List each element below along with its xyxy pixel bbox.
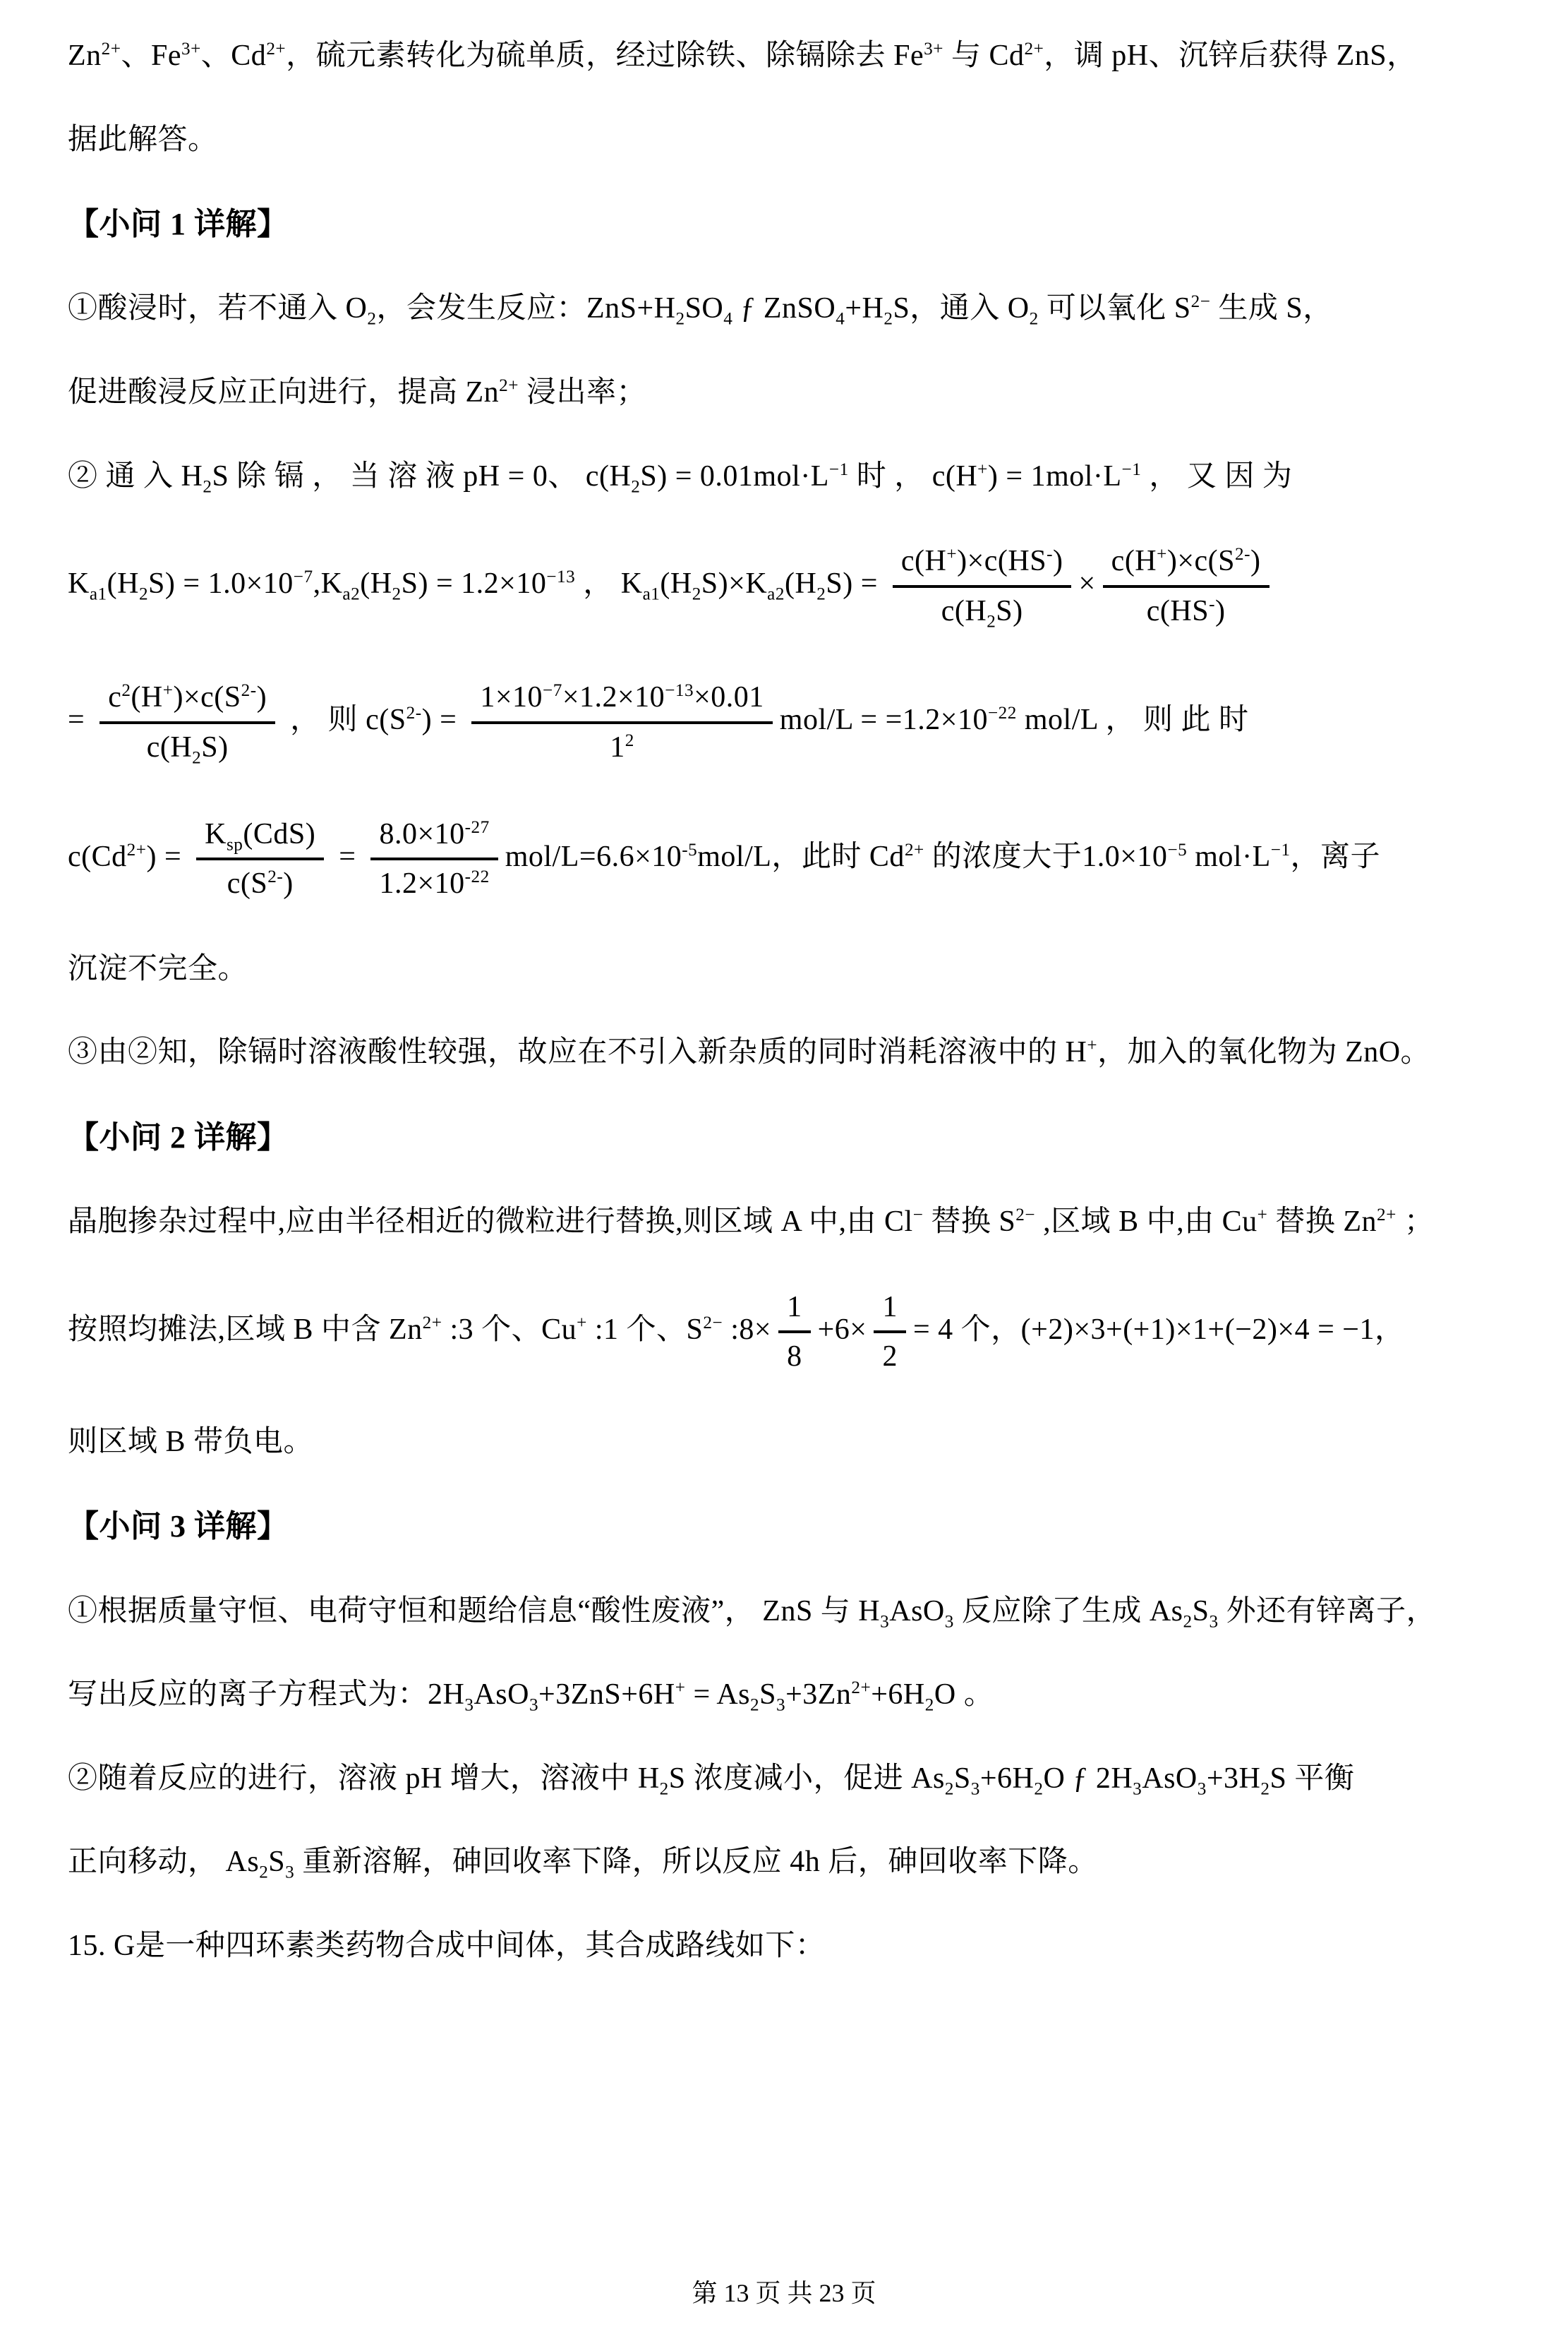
page-footer: 第 13 页 共 23 页 bbox=[0, 2273, 1568, 2309]
sq1-point2-conclusion: 沉淀不完全。 bbox=[68, 950, 1506, 989]
fraction: Ksp(CdS)c(S2-) bbox=[196, 814, 324, 905]
answer-context-line-2: 据此解答。 bbox=[68, 121, 1506, 160]
sq1-point2-line1: ② 通 入 H2S 除 镉 ， 当 溶 液 pH = 0、 c(H2S) = 0… bbox=[68, 457, 1506, 496]
fraction: c(H+)×c(S2-)c(HS-) bbox=[1103, 541, 1270, 632]
sq2-conclusion-line: 则区域 B 带负电。 bbox=[68, 1423, 1506, 1462]
sq1-point1-line2: 促进酸浸反应正向进行，提高 Zn2+ 浸出率； bbox=[68, 373, 1506, 412]
subquestion-1-header: 【小问 1 详解】 bbox=[68, 204, 1506, 244]
question-15-intro: 15. G是一种四环素类药物合成中间体，其合成路线如下： bbox=[68, 1927, 1506, 1966]
sq3-ionic-equation-line: 写出反应的离子方程式为：2H3AsO3+3ZnS+6H+ = As2S3+3Zn… bbox=[68, 1676, 1506, 1714]
sq1-point1-line1: ①酸浸时，若不通入 O2，会发生反应：ZnS+H2SO4 ƒ ZnSO4+H2S… bbox=[68, 289, 1506, 328]
fraction: 8.0×10-271.2×10-22 bbox=[370, 814, 497, 905]
sq3-point2-line2: 正向移动， As2S3 重新溶解，砷回收率下降，所以反应 4h 后，砷回收率下降… bbox=[68, 1843, 1506, 1882]
fraction: 1×10−7×1.2×10−13×0.0112 bbox=[471, 677, 772, 768]
subquestion-3-header: 【小问 3 详解】 bbox=[68, 1506, 1506, 1546]
fraction: c(H+)×c(HS-)c(H2S) bbox=[893, 541, 1072, 632]
fraction: c2(H+)×c(S2-)c(H2S) bbox=[99, 677, 275, 768]
sq1-point3-line: ③由②知，除镉时溶液酸性较强，故应在不引入新杂质的同时消耗溶液中的 H+，加入的… bbox=[68, 1033, 1506, 1072]
sq2-counting-line: 按照均摊法,区域 B 中含 Zn2+ :3 个、Cu+ :1 个、S2− :8×… bbox=[68, 1287, 1506, 1378]
subquestion-2-header: 【小问 2 详解】 bbox=[68, 1117, 1506, 1157]
sq1-ka-equation-line: Ka1(H2S) = 1.0×10−7,Ka2(H2S) = 1.2×10−13… bbox=[68, 541, 1506, 632]
sq1-cadmium-concentration-line: c(Cd2+) = Ksp(CdS)c(S2-) = 8.0×10-271.2×… bbox=[68, 814, 1506, 905]
sq1-sulfide-concentration-line: = c2(H+)×c(S2-)c(H2S) ， 则 c(S2-) = 1×10−… bbox=[68, 677, 1506, 768]
answer-context-line-1: Zn2+、Fe3+、Cd2+，硫元素转化为硫单质，经过除铁、除镉除去 Fe3+ … bbox=[68, 37, 1506, 76]
sq2-substitution-line: 晶胞掺杂过程中,应由半径相近的微粒进行替换,则区域 A 中,由 Cl− 替换 S… bbox=[68, 1203, 1506, 1241]
document-page: Zn2+、Fe3+、Cd2+，硫元素转化为硫单质，经过除铁、除镉除去 Fe3+ … bbox=[0, 0, 1568, 2346]
fraction: 18 bbox=[778, 1287, 811, 1378]
sq3-point2-line1: ②随着反应的进行，溶液 pH 增大，溶液中 H2S 浓度减小，促进 As2S3+… bbox=[68, 1759, 1506, 1798]
fraction: 12 bbox=[874, 1287, 906, 1378]
sq3-point1-line1: ①根据质量守恒、电荷守恒和题给信息“酸性废液”， ZnS 与 H3AsO3 反应… bbox=[68, 1592, 1506, 1631]
